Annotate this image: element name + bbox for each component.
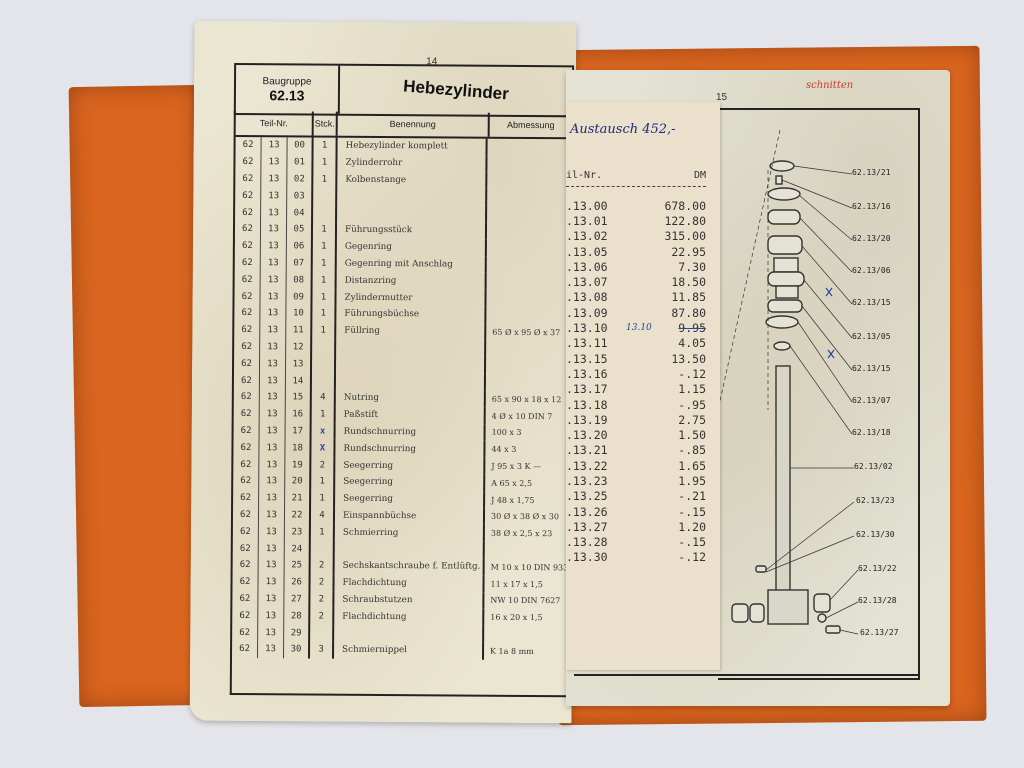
price-slip-header: il-Nr. DM <box>566 170 706 181</box>
part-name <box>337 188 487 206</box>
price-part-no: .13.07 <box>566 275 608 289</box>
price-row: .13.28-.15 <box>566 535 706 550</box>
part-index: 29 <box>284 624 310 641</box>
price-row: .13.16-.12 <box>566 366 706 381</box>
price-row: .13.067.30 <box>566 259 706 274</box>
part-index: 05 <box>287 221 313 238</box>
quantity: 1 <box>312 406 336 423</box>
price-part-no: .13.15 <box>566 352 608 366</box>
price-row: .13.0987.80 <box>566 305 706 320</box>
part-dimension <box>487 273 571 290</box>
col-part-no: il-Nr. <box>566 170 602 181</box>
quantity: 1 <box>314 138 338 155</box>
price-part-no: .13.02 <box>566 229 608 243</box>
part-subgroup: 13 <box>259 540 285 557</box>
part-index: 28 <box>284 608 310 625</box>
part-index: 30 <box>284 641 310 658</box>
part-dimension: 44 x 3 <box>485 441 569 458</box>
price-value: 87.80 <box>671 306 706 320</box>
price-value: -.15 <box>678 535 706 549</box>
part-group: 62 <box>234 389 260 406</box>
price-part-no: .13.17 <box>566 382 608 396</box>
parts-table-header: Teil-Nr. Stck. Benennung Abmessung <box>236 111 572 139</box>
part-subgroup: 13 <box>261 238 287 255</box>
col-qty: Stck. <box>314 112 338 136</box>
part-group: 62 <box>233 473 259 490</box>
diagram-callout-label: 62.13/05 <box>852 332 891 341</box>
part-group: 62 <box>233 506 259 523</box>
part-index: 02 <box>287 171 313 188</box>
price-part-no: .13.00 <box>566 199 608 213</box>
part-dimension <box>487 256 571 273</box>
part-group: 62 <box>233 523 259 540</box>
part-group: 62 <box>233 456 259 473</box>
price-value: 13.50 <box>671 352 706 366</box>
part-dimension: 65 x 90 x 18 x 12 <box>486 391 570 408</box>
quantity: 1 <box>312 322 336 339</box>
price-part-no: .13.01 <box>566 214 608 228</box>
quantity: 2 <box>311 457 335 474</box>
part-index: 11 <box>286 322 312 339</box>
price-value: 9.95 <box>678 321 706 335</box>
part-subgroup: 13 <box>261 272 287 289</box>
part-name: Rundschnurring <box>335 440 485 458</box>
part-dimension: 65 Ø x 95 Ø x 37 <box>486 323 570 340</box>
part-name <box>337 205 487 223</box>
part-group: 62 <box>232 590 258 607</box>
diagram-callout-label: 62.13/07 <box>852 396 891 405</box>
part-name: Seegerring <box>335 490 485 508</box>
part-dimension <box>486 340 570 357</box>
part-subgroup: 13 <box>260 406 286 423</box>
part-dimension <box>486 357 570 374</box>
price-value: 122.80 <box>664 214 706 228</box>
part-group: 62 <box>235 171 261 188</box>
part-subgroup: 13 <box>260 305 286 322</box>
part-dimension <box>487 206 571 223</box>
price-row: .13.192.75 <box>566 412 706 427</box>
group-number: 62.13 <box>269 87 304 103</box>
part-dimension: 100 x 3 <box>486 424 570 441</box>
part-dimension <box>486 290 570 307</box>
part-subgroup: 13 <box>260 389 286 406</box>
part-group: 62 <box>235 221 261 238</box>
price-part-no: .13.19 <box>566 413 608 427</box>
part-subgroup: 13 <box>260 339 286 356</box>
part-group: 62 <box>235 255 261 272</box>
price-value: -.95 <box>678 398 706 412</box>
part-group: 62 <box>234 288 260 305</box>
price-value: 1.15 <box>678 382 706 396</box>
price-row: .13.221.65 <box>566 458 706 473</box>
price-value: 1.20 <box>678 520 706 534</box>
part-name: Flachdichtung <box>334 608 484 626</box>
part-group: 62 <box>233 439 259 456</box>
part-name: Gegenring <box>337 238 487 256</box>
quantity: 1 <box>311 490 335 507</box>
quantity: 1 <box>313 272 337 289</box>
diagram-callout-label: 62.13/06 <box>852 266 891 275</box>
price-row: .13.00678.00 <box>566 198 706 213</box>
quantity: 2 <box>310 574 334 591</box>
price-value: -.15 <box>678 505 706 519</box>
part-dimension <box>487 156 571 173</box>
col-dimension: Abmessung <box>490 113 572 138</box>
price-value: 7.30 <box>678 260 706 274</box>
price-row: .13.0811.85 <box>566 290 706 305</box>
price-row: .13.114.05 <box>566 336 706 351</box>
price-part-no: .13.09 <box>566 306 608 320</box>
quantity: 1 <box>312 305 336 322</box>
price-part-no: .13.23 <box>566 474 608 488</box>
part-subgroup: 13 <box>259 456 285 473</box>
quantity: 1 <box>311 473 335 490</box>
diagram-callout-label: 62.13/02 <box>854 462 893 471</box>
handwritten-note-red: schnitten <box>806 80 853 91</box>
part-group: 62 <box>234 305 260 322</box>
price-part-no: .13.10 <box>566 321 608 335</box>
part-index: 15 <box>286 389 312 406</box>
part-group: 62 <box>234 339 260 356</box>
price-row: .13.1513.50 <box>566 351 706 366</box>
part-dimension <box>487 172 571 189</box>
price-slip: Austausch 452,- il-Nr. DM .13.00678.00.1… <box>566 102 720 670</box>
part-dimension <box>484 626 568 643</box>
price-row: .13.1013.109.95 <box>566 320 706 335</box>
part-subgroup: 13 <box>259 507 285 524</box>
quantity: 1 <box>313 221 337 238</box>
part-dimension <box>488 139 572 156</box>
part-name: Nutring <box>336 390 486 408</box>
price-part-no: .13.25 <box>566 489 608 503</box>
diagram-callout-label: 62.13/21 <box>852 168 891 177</box>
price-value: 4.05 <box>678 336 706 350</box>
part-name: Paßstift <box>336 406 486 424</box>
quantity: 2 <box>310 608 334 625</box>
price-list: .13.00678.00.13.01122.80.13.02315.00.13.… <box>566 198 706 565</box>
part-group: 62 <box>235 204 261 221</box>
part-index: 26 <box>284 574 310 591</box>
part-index: 16 <box>286 406 312 423</box>
part-name: Schmiernippel <box>334 642 484 660</box>
part-subgroup: 13 <box>259 557 285 574</box>
part-index: 14 <box>286 372 312 389</box>
part-name: Sechskantschraube f. Entlüftg. <box>335 558 485 576</box>
part-group: 62 <box>232 607 258 624</box>
table-row: 6213303SchmiernippelK 1a 8 mm <box>232 641 568 660</box>
part-index: 13 <box>286 356 312 373</box>
left-page: 14 Baugruppe 62.13 Hebezylinder Teil-Nr.… <box>190 21 577 724</box>
part-dimension: 11 x 17 x 1,5 <box>484 575 568 592</box>
price-value: -.85 <box>678 443 706 457</box>
part-index: 23 <box>285 524 311 541</box>
part-group: 62 <box>235 154 261 171</box>
part-name: Flachdichtung <box>334 574 484 592</box>
price-part-no: .13.11 <box>566 336 608 350</box>
part-name <box>336 356 486 374</box>
part-name: Schmierring <box>335 524 485 542</box>
diagram-callout-label: 62.13/23 <box>856 496 895 505</box>
price-row: .13.201.50 <box>566 427 706 442</box>
part-group: 62 <box>233 540 259 557</box>
quantity: x <box>312 423 336 440</box>
price-row: .13.02315.00 <box>566 229 706 244</box>
price-row: .13.01122.80 <box>566 213 706 228</box>
quantity: 1 <box>313 171 337 188</box>
part-subgroup: 13 <box>259 439 285 456</box>
part-index: 19 <box>285 456 311 473</box>
part-group: 62 <box>233 490 259 507</box>
diagram-callout-label: 62.13/18 <box>852 428 891 437</box>
part-subgroup: 13 <box>260 423 286 440</box>
quantity <box>313 188 337 205</box>
quantity: 4 <box>312 389 336 406</box>
price-row: .13.0522.95 <box>566 244 706 259</box>
part-dimension <box>485 542 569 559</box>
diagram-callout-label: 62.13/28 <box>858 596 897 605</box>
part-index: 24 <box>285 540 311 557</box>
exploded-diagram: 62.13/2162.13/1662.13/2062.13/0662.13/15… <box>718 110 918 670</box>
diagram-callout-label: 62.13/16 <box>852 202 891 211</box>
part-subgroup: 13 <box>260 372 286 389</box>
price-row: .13.30-.12 <box>566 550 706 565</box>
part-name: Zylinderrohr <box>337 154 487 172</box>
price-part-no: .13.06 <box>566 260 608 274</box>
part-dimension: J 48 x 1,75 <box>485 491 569 508</box>
part-subgroup: 13 <box>262 137 288 154</box>
quantity: 1 <box>311 524 335 541</box>
part-group: 62 <box>236 137 262 154</box>
part-subgroup: 13 <box>260 322 286 339</box>
part-group: 62 <box>232 624 258 641</box>
part-subgroup: 13 <box>259 490 285 507</box>
price-part-no: .13.21 <box>566 443 608 457</box>
part-index: 20 <box>285 473 311 490</box>
part-index: 04 <box>287 205 313 222</box>
price-row: .13.21-.85 <box>566 443 706 458</box>
price-row: .13.231.95 <box>566 473 706 488</box>
price-value: -.21 <box>678 489 706 503</box>
part-group: 62 <box>234 372 260 389</box>
part-subgroup: 13 <box>259 523 285 540</box>
part-dimension <box>486 307 570 324</box>
price-part-no: .13.28 <box>566 535 608 549</box>
part-group: 62 <box>232 574 258 591</box>
part-group: 62 <box>235 238 261 255</box>
part-index: 17 <box>286 423 312 440</box>
price-value: 2.75 <box>678 413 706 427</box>
part-group: 62 <box>234 355 260 372</box>
price-part-no: .13.22 <box>566 459 608 473</box>
col-name: Benennung <box>338 112 490 137</box>
part-subgroup: 13 <box>260 288 286 305</box>
part-dimension: 4 Ø x 10 DIN 7 <box>486 407 570 424</box>
part-subgroup: 13 <box>261 221 287 238</box>
part-index: 18 <box>285 440 311 457</box>
part-group: 62 <box>235 271 261 288</box>
group-box: Baugruppe 62.13 <box>236 65 340 114</box>
price-part-no: .13.27 <box>566 520 608 534</box>
price-value: 11.85 <box>671 290 706 304</box>
part-dimension: 16 x 20 x 1,5 <box>484 609 568 626</box>
part-name <box>334 625 484 643</box>
quantity: X <box>311 440 335 457</box>
price-part-no: .13.18 <box>566 398 608 412</box>
part-index: 09 <box>286 288 312 305</box>
price-value: 1.65 <box>678 459 706 473</box>
quantity <box>312 373 336 390</box>
price-part-no: .13.05 <box>566 245 608 259</box>
table-header-box: Baugruppe 62.13 Hebezylinder <box>234 63 574 117</box>
quantity: 2 <box>310 591 334 608</box>
part-index: 22 <box>285 507 311 524</box>
part-index: 06 <box>287 238 313 255</box>
part-dimension: 30 Ø x 38 Ø x 30 <box>485 508 569 525</box>
price-value: 315.00 <box>664 229 706 243</box>
part-index: 00 <box>288 137 314 154</box>
quantity: 1 <box>313 154 337 171</box>
part-dimension <box>487 240 571 257</box>
quantity <box>311 541 335 558</box>
part-index: 10 <box>286 305 312 322</box>
part-name: Zylindermutter <box>336 289 486 307</box>
price-part-no: .13.26 <box>566 505 608 519</box>
handwritten-correction: 13.10 <box>626 323 652 333</box>
diagram-callout-label: 62.13/22 <box>858 564 897 573</box>
book-cover-left <box>69 85 210 707</box>
quantity: 2 <box>311 557 335 574</box>
part-name <box>336 339 486 357</box>
quantity <box>312 339 336 356</box>
diagram-callout-label: 62.13/30 <box>856 530 895 539</box>
price-row: .13.171.15 <box>566 382 706 397</box>
price-part-no: .13.08 <box>566 290 608 304</box>
part-subgroup: 13 <box>260 356 286 373</box>
price-value: 22.95 <box>671 245 706 259</box>
part-name: Führungsbüchse <box>336 306 486 324</box>
part-name: Seegerring <box>335 474 485 492</box>
part-dimension: J 95 x 3 K — <box>485 458 569 475</box>
quantity <box>310 625 334 642</box>
price-row: .13.25-.21 <box>566 489 706 504</box>
part-name: Gegenring mit Anschlag <box>337 255 487 273</box>
price-part-no: .13.16 <box>566 367 608 381</box>
part-dimension: NW 10 DIN 7627 <box>484 592 568 609</box>
part-name: Kolbenstange <box>337 171 487 189</box>
diagram-callout-label: 62.13/15 <box>852 298 891 307</box>
part-dimension: A 65 x 2,5 <box>485 475 569 492</box>
quantity <box>313 205 337 222</box>
part-group: 62 <box>234 322 260 339</box>
part-group: 62 <box>234 423 260 440</box>
price-value: -.12 <box>678 367 706 381</box>
group-label: Baugruppe <box>263 76 312 87</box>
price-row: .13.26-.15 <box>566 504 706 519</box>
part-subgroup: 13 <box>261 171 287 188</box>
part-dimension: K 1a 8 mm <box>484 643 568 660</box>
part-name: Rundschnurring <box>336 423 486 441</box>
part-subgroup: 13 <box>258 574 284 591</box>
part-index: 01 <box>287 154 313 171</box>
part-index: 21 <box>285 490 311 507</box>
col-price-dm: DM <box>694 170 706 181</box>
dashed-divider <box>566 186 706 187</box>
part-name: Seegerring <box>335 457 485 475</box>
part-name: Hebezylinder komplett <box>338 138 488 156</box>
part-dimension <box>486 374 570 391</box>
part-subgroup: 13 <box>261 154 287 171</box>
part-name: Distanzring <box>337 272 487 290</box>
part-index: 27 <box>284 591 310 608</box>
price-value: 678.00 <box>664 199 706 213</box>
part-subgroup: 13 <box>258 607 284 624</box>
part-subgroup: 13 <box>258 624 284 641</box>
part-subgroup: 13 <box>261 204 287 221</box>
part-dimension: M 10 x 10 DIN 933 <box>485 559 569 576</box>
part-group: 62 <box>232 641 258 658</box>
part-name: Schraubstutzen <box>334 591 484 609</box>
col-part-no: Teil-Nr. <box>236 111 314 136</box>
quantity: 1 <box>312 289 336 306</box>
part-subgroup: 13 <box>258 591 284 608</box>
part-index: 07 <box>287 255 313 272</box>
part-index: 12 <box>286 339 312 356</box>
part-subgroup: 13 <box>261 188 287 205</box>
price-part-no: .13.20 <box>566 428 608 442</box>
part-index: 08 <box>287 272 313 289</box>
part-subgroup: 13 <box>259 473 285 490</box>
part-name: Führungsstück <box>337 222 487 240</box>
diagram-callout-label: 62.13/27 <box>860 628 899 637</box>
price-part-no: .13.30 <box>566 550 608 564</box>
part-dimension: 38 Ø x 2,5 x 23 <box>485 525 569 542</box>
part-subgroup: 13 <box>258 641 284 658</box>
quantity <box>312 356 336 373</box>
quantity: 4 <box>311 507 335 524</box>
price-value: -.12 <box>678 550 706 564</box>
price-value: 1.95 <box>678 474 706 488</box>
diagram-callout-label: 62.13/15 <box>852 364 891 373</box>
handwritten-exchange-note: Austausch 452,- <box>570 122 676 137</box>
part-name: Füllring <box>336 322 486 340</box>
part-index: 03 <box>287 188 313 205</box>
price-row: .13.0718.50 <box>566 274 706 289</box>
part-dimension <box>487 223 571 240</box>
quantity: 1 <box>313 255 337 272</box>
quantity: 3 <box>310 641 334 658</box>
part-name: Einspannbüchse <box>335 507 485 525</box>
price-value: 1.50 <box>678 428 706 442</box>
parts-table-body: 6213001Hebezylinder komplett6213011Zylin… <box>232 137 572 660</box>
part-index: 25 <box>285 557 311 574</box>
price-value: 18.50 <box>671 275 706 289</box>
price-row: .13.18-.95 <box>566 397 706 412</box>
part-name <box>335 541 485 559</box>
quantity: 1 <box>313 238 337 255</box>
part-subgroup: 13 <box>261 255 287 272</box>
part-group: 62 <box>234 406 260 423</box>
diagram-callout-label: 62.13/20 <box>852 234 891 243</box>
part-group: 62 <box>235 187 261 204</box>
part-group: 62 <box>233 557 259 574</box>
price-row: .13.271.20 <box>566 519 706 534</box>
hydraulic-cylinder-exploded-icon <box>718 110 918 670</box>
parts-table: Teil-Nr. Stck. Benennung Abmessung 62130… <box>230 111 574 697</box>
part-name <box>336 373 486 391</box>
part-dimension <box>487 189 571 206</box>
